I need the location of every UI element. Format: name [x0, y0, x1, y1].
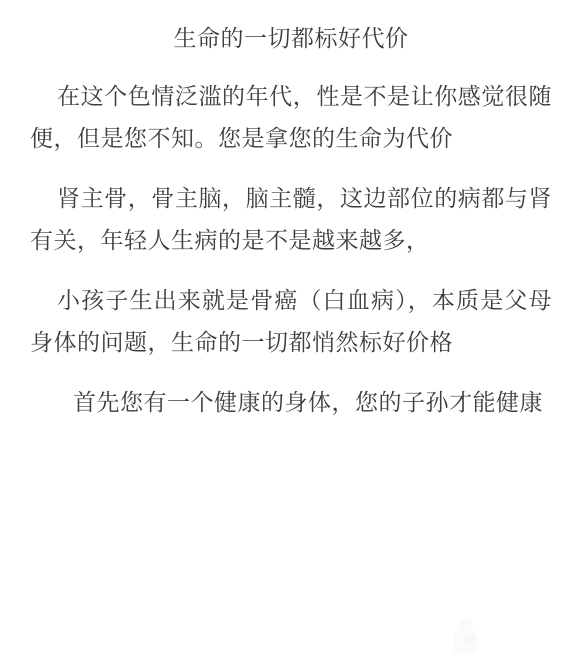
paragraph-2: 肾主骨，骨主脑，脑主髓，这边部位的病都与肾有关，年轻人生病的是不是越来越多， — [30, 177, 552, 261]
paragraph-3: 小孩子生出来就是骨癌（白血病），本质是父母身体的问题，生命的一切都悄然标好价格 — [30, 279, 552, 363]
page-title: 生命的一切都标好代价 — [30, 17, 552, 59]
faint-logo-watermark-icon — [446, 617, 486, 654]
paragraph-1: 在这个色情泛滥的年代，性是不是让你感觉很随便，但是您不知。您是拿您的生命为代价 — [30, 75, 552, 159]
document-page: 生命的一切都标好代价 在这个色情泛滥的年代，性是不是让你感觉很随便，但是您不知。… — [0, 0, 580, 654]
paragraph-4: 首先您有一个健康的身体，您的子孙才能健康 — [30, 381, 552, 423]
